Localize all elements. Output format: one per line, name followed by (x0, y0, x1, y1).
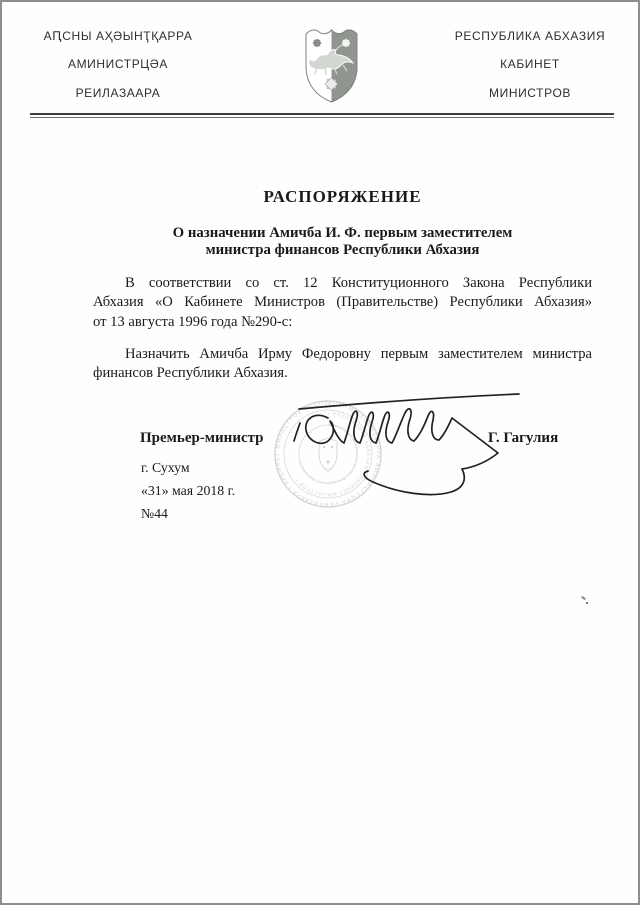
subject-line: министра финансов Республики Абхазия (93, 242, 592, 259)
header-russian-block: РЕСПУБЛИКА АБХАЗИЯ КАБИНЕТ МИНИСТРОВ (452, 22, 608, 107)
paragraph-legal-basis: В соответствии со ст. 12 Конституционног… (93, 274, 592, 332)
footer-city: г. Сухум (141, 460, 190, 476)
header-abkhaz-line: АԤСНЫ АҲӘЫНҬҚАРРА (40, 22, 196, 50)
paragraph-appointment: Назначить Амичба Ирму Федоровну первым з… (93, 345, 592, 384)
body-line: Абхазия «О Кабинете Министров (Правитель… (93, 293, 592, 312)
scan-artifact-speck (586, 602, 588, 604)
header-russian-line: РЕСПУБЛИКА АБХАЗИЯ (452, 22, 608, 50)
coat-of-arms-icon (303, 26, 360, 109)
emblem-star-bottom (325, 78, 338, 91)
header-abkhaz-block: АԤСНЫ АҲӘЫНҬҚАРРА АМИНИСТРЦӘА РЕИЛАЗААРА (40, 22, 196, 107)
handwritten-signature (294, 394, 519, 495)
signatory-role: Премьер-министр (140, 430, 264, 447)
body-line: финансов Республики Абхазия. (93, 364, 592, 383)
header-abkhaz-line: РЕИЛАЗААРА (40, 79, 196, 107)
document-subject: О назначении Амичба И. Ф. первым замести… (93, 225, 592, 258)
header-russian-line: КАБИНЕТ (452, 50, 608, 78)
header-russian-line: МИНИСТРОВ (452, 79, 608, 107)
emblem-star-left (312, 38, 321, 47)
body-line: от 13 августа 1996 года №290-с: (93, 313, 592, 332)
body-line: В соответствии со ст. 12 Конституционног… (93, 274, 592, 293)
header-abkhaz-line: АМИНИСТРЦӘА (40, 50, 196, 78)
header-divider-rule (30, 113, 614, 118)
scan-artifact-speck (581, 596, 586, 601)
emblem-star-right (341, 38, 350, 47)
signatory-name: Г. Гагулия (488, 430, 558, 447)
document-title: РАСПОРЯЖЕНИЕ (93, 187, 592, 207)
subject-line: О назначении Амичба И. Ф. первым замести… (93, 225, 592, 242)
body-line: Назначить Амичба Ирму Федоровну первым з… (93, 345, 592, 364)
footer-document-number: №44 (141, 506, 168, 522)
signature-and-seal-area: АԤСНЫ АҲӘЫНҬҚАРРА АМИНИСТРЦӘА РЕИЛАЗААРА… (257, 382, 592, 517)
document-page: АԤСНЫ АҲӘЫНҬҚАРРА АМИНИСТРЦӘА РЕИЛАЗААРА (0, 0, 640, 905)
footer-date: «31» мая 2018 г. (141, 483, 235, 499)
official-seal: АԤСНЫ АҲӘЫНҬҚАРРА АМИНИСТРЦӘА РЕИЛАЗААРА… (257, 382, 381, 507)
